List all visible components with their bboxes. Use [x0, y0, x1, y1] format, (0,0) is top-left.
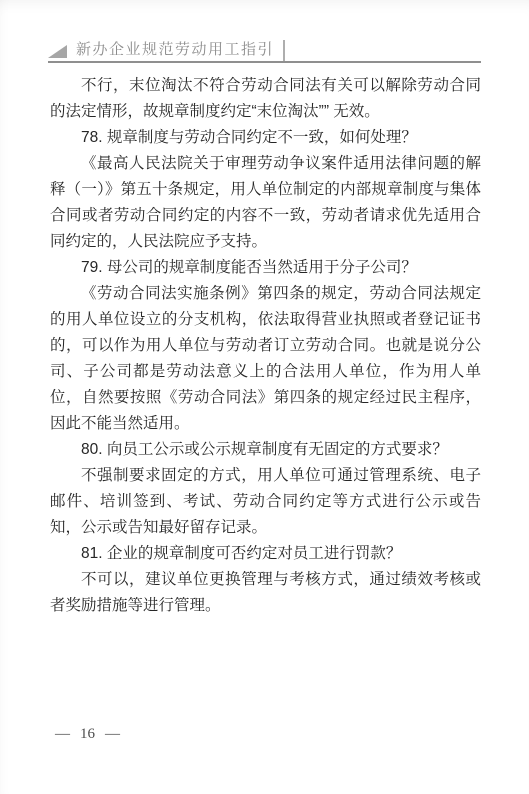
paragraph-question: 79. 母公司的规章制度能否当然适用于分子公司？: [50, 255, 481, 281]
paragraph-question: 80. 向员工公示或公示规章制度有无固定的方式要求？: [50, 437, 481, 463]
page-header: 新办企业规范劳动用工指引: [48, 40, 481, 63]
paragraph-answer: 不行，末位淘汰不符合劳动合同法有关可以解除劳动合同的法定情形，故规章制度约定“末…: [50, 73, 481, 125]
paragraph-answer: 不强制要求固定的方式，用人单位可通过管理系统、电子邮件、培训签到、考试、劳动合同…: [50, 463, 481, 541]
body-text: 不行，末位淘汰不符合劳动合同法有关可以解除劳动合同的法定情形，故规章制度约定“末…: [50, 73, 481, 619]
paragraph-answer: 《最高人民法院关于审理劳动争议案件适用法律问题的解释（一）》第五十条规定，用人单…: [50, 151, 481, 255]
footer-dash-left: —: [55, 726, 70, 743]
paragraph-question: 81. 企业的规章制度可否约定对员工进行罚款？: [50, 541, 481, 567]
footer-dash-right: —: [105, 726, 120, 743]
corner-triangle-icon: [48, 45, 67, 58]
paragraph-answer: 不可以，建议单位更换管理与考核方式，通过绩效考核或者奖励措施等进行管理。: [50, 567, 481, 619]
page-number: 16: [80, 726, 95, 743]
header-divider-bar: [283, 40, 285, 61]
paragraph-answer: 《劳动合同法实施条例》第四条的规定，劳动合同法规定的用人单位设立的分支机构，依法…: [50, 281, 481, 437]
paragraph-question: 78. 规章制度与劳动合同约定不一致，如何处理？: [50, 125, 481, 151]
document-page: 新办企业规范劳动用工指引 不行，末位淘汰不符合劳动合同法有关可以解除劳动合同的法…: [0, 0, 529, 794]
page-footer: — 16 —: [55, 726, 120, 743]
header-title: 新办企业规范劳动用工指引: [76, 40, 274, 61]
